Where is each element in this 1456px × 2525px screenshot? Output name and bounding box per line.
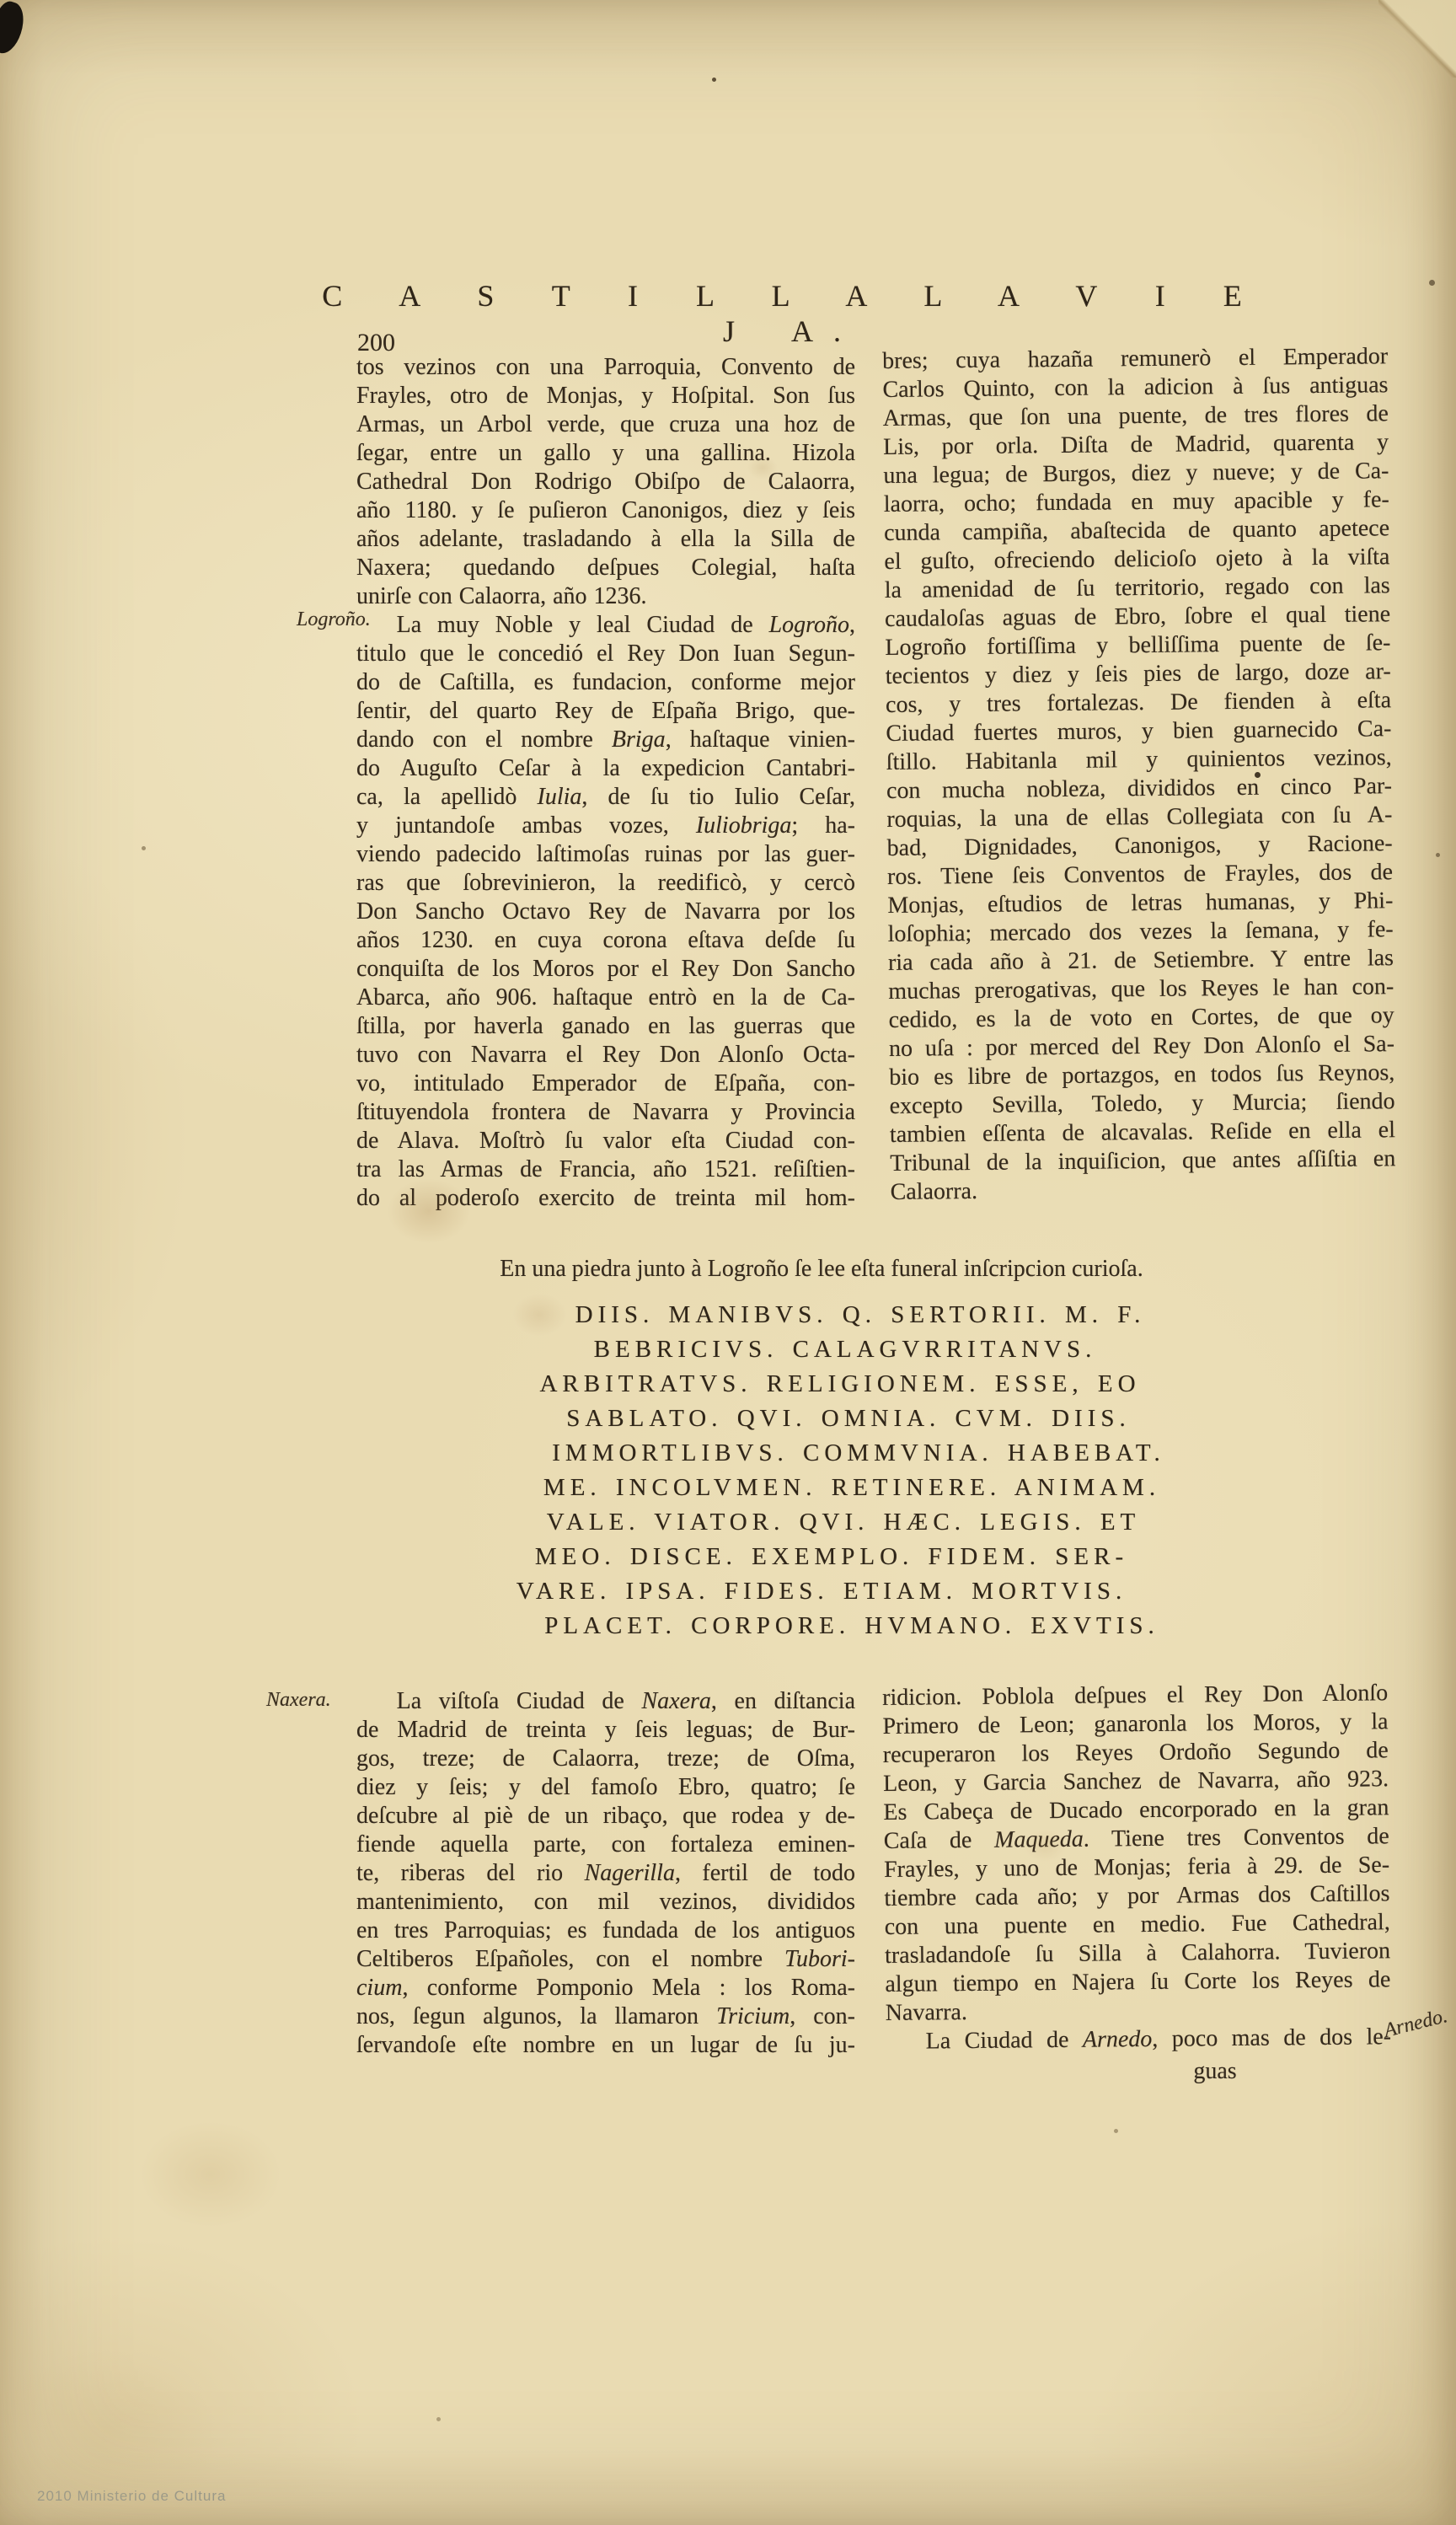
text-segment: PLACET. CORPORE. HVMANO. EXVTIS. [544,1612,1159,1639]
text-line: loſophia; mercado dos vezes la ſemana, y… [888,915,1394,949]
text-line: y juntandoſe ambas vozes, Iuliobriga; ha… [356,812,855,840]
text-line: ria cada año à 21. de Setiembre. Y entre… [888,944,1394,978]
text-segment: do al poderoſo exercito de treinta mil h… [356,1185,855,1211]
text-segment: La muy Noble y leal Ciudad de [397,612,769,638]
text-line: tiembre cada año; y por Armas dos Caſtil… [884,1879,1389,1913]
text-segment: ME. INCOLVMEN. RETINERE. ANIMAM. [543,1474,1160,1501]
italic-text: Briga [612,726,666,753]
text-line: ras que ſobrevinieron, la reedificò, y c… [356,869,855,898]
text-segment: mantenimiento, con mil vezinos, dividido… [356,1889,855,1915]
text-segment: viendo padecido laſtimoſas ruinas por la… [356,841,855,867]
text-segment: excepto Sevilla, Toledo, y Murcia; ſiend… [889,1088,1394,1119]
text-segment: SABLATO. QVI. OMNIA. CVM. DIIS. [566,1405,1131,1432]
text-line: Cathedral Don Rodrigo Obiſpo de Calaorra… [356,468,855,496]
latin-funeral-inscription: DIIS. MANIBVS. Q. SERTORII. M. F.BEBRICI… [356,1298,1351,1643]
text-line: ca, la apellidò Iulia, de ſu tio Iulio C… [356,783,855,812]
text-segment: ſervandoſe eſte nombre en un lugar de ſu… [356,2032,855,2058]
text-line: roquias, la una de ellas Collegiata con … [886,801,1392,834]
text-line: Don Sancho Octavo Rey de Navarra por los [356,898,855,926]
text-line: La Ciudad de Arnedo, poco mas de dos le- [886,2023,1391,2056]
text-segment: ſtilla, por haverla ganado en las guerra… [356,1013,855,1039]
text-segment: años 1230. en cuya corona eſtava deſde ſ… [356,927,855,953]
text-line: Tribunal de la inquiſicion, que antes aſ… [890,1145,1395,1178]
text-line: Naxera; quedando deſpues Colegial, haſta [356,554,855,582]
text-segment: Frayles, otro de Monjas, y Hoſpital. Son… [356,383,855,409]
column-left-logrono: tos vezinos con una Parroquia, Convento … [356,353,855,1213]
watermark: 2010 Ministerio de Cultura [37,2488,226,2505]
text-segment: ſtituyendola frontera de Navarra y Provi… [356,1099,855,1125]
text-line: viendo padecido laſtimoſas ruinas por la… [356,840,855,869]
text-line: do Auguſto Ceſar à la expedicion Cantabr… [356,754,855,783]
text-segment: Navarra. [886,1999,967,2026]
text-line: do al poderoſo exercito de treinta mil h… [356,1184,855,1213]
text-line: una legua; de Burgos, diez y nueve; y de… [883,457,1389,491]
italic-text: Tubori- [784,1946,855,1972]
text-segment: Monjas, eſtudios de letras humanas, y Ph… [887,887,1393,919]
text-line: de Alava. Moſtrò ſu valor eſta Ciudad co… [356,1127,855,1155]
text-segment: años adelante, trasladando à ella la Sil… [356,526,855,552]
text-segment: Carlos Quinto, con la adicion à ſus anti… [882,372,1388,403]
italic-text: Iulia [538,784,582,810]
italic-text: Nagerilla [585,1860,675,1886]
text-segment: tiembre cada año; y por Armas dos Caſtil… [884,1880,1389,1911]
text-segment: loſophia; mercado dos vezes la ſemana, y… [888,916,1394,947]
text-line: BEBRICIVS. CALAGVRRITANVS. [348,1332,1342,1367]
text-segment: vo, intitulado Emperador de Eſpaña, con- [356,1070,855,1096]
text-line: do de Caſtilla, es fundacion, conforme m… [356,668,855,697]
text-line: muchas prerogativas, que los Reyes le ha… [888,973,1394,1006]
text-line: algun tiempo en Najera ſu Corte los Reye… [885,1965,1390,1999]
text-line: IMMORTLIBVS. COMMVNIA. HABEBAT. [361,1436,1356,1471]
text-line: VARE. IPSA. FIDES. ETIAM. MORTVIS. [324,1574,1319,1609]
text-segment: ridicion. Poblola deſpues el Rey Don Alo… [882,1680,1388,1711]
text-segment: bres; cuya hazaña remunerò el Emperador [882,343,1388,374]
text-segment: Lis, por orla. Diſta de Madrid, quarenta… [883,429,1389,460]
text-segment: Leon, y Garcia Sanchez de Navarra, año 9… [883,1766,1389,1797]
text-line: Frayles, otro de Monjas, y Hoſpital. Son… [356,382,855,410]
italic-text: Tricium [716,2003,790,2029]
text-segment: de Madrid de treinta y ſeis leguas; de B… [356,1717,855,1743]
text-segment: de Alava. Moſtrò ſu valor eſta Ciudad co… [356,1128,855,1154]
text-segment: Primero de Leon; ganaronla los Moros, y … [882,1708,1388,1740]
text-segment: Calaorra. [890,1178,977,1205]
italic-text: Iuliobriga [696,812,792,839]
column-right-logrono: bres; cuya hazaña remunerò el EmperadorC… [882,342,1396,1207]
text-line: ros. Tiene ſeis Conventos de Frayles, do… [887,858,1393,892]
text-line: fiende aquella parte, con fortaleza emin… [356,1831,855,1859]
text-segment: cedido, es la de voto en Cortes, de que … [889,1002,1394,1033]
text-segment: VALE. VIATOR. QVI. HÆC. LEGIS. ET [547,1509,1141,1536]
text-segment: el guſto, ofreciendo delicioſo ojeto à l… [884,544,1389,575]
text-segment: La viſtoſa Ciudad de [397,1688,642,1714]
text-segment: Ciudad fuertes muros, y bien guarnecido … [886,716,1391,747]
text-segment: , con- [790,2003,855,2029]
text-segment: tuvo con Navarra el Rey Don Alonſo Octa- [356,1042,855,1068]
text-segment: Es Cabeça de Ducado encorporado en la gr… [883,1794,1389,1825]
text-line: titulo que le concedió el Rey Don Iuan S… [356,640,855,668]
text-segment: Celtiberos Eſpañoles, con el nombre [356,1946,784,1972]
text-segment: Tribunal de la inquiſicion, que antes aſ… [890,1145,1395,1177]
text-line: la amenidad de ſu territorio, regado con… [885,571,1390,605]
text-line: Carlos Quinto, con la adicion à ſus anti… [882,371,1388,405]
text-line: ſegar, entre un gallo y una gallina. Hiz… [356,439,855,468]
text-segment: la amenidad de ſu territorio, regado con… [885,572,1390,603]
text-segment: Caſa de [884,1827,995,1854]
text-line: de Madrid de treinta y ſeis leguas; de B… [356,1716,855,1745]
text-segment: ARBITRATVS. RELIGIONEM. ESSE, EO [539,1370,1140,1397]
catchword: guas [1164,2058,1266,2085]
text-segment: no uſa : por merced del Rey Don Alonſo e… [889,1031,1394,1062]
text-line: bres; cuya hazaña remunerò el Emperador [882,342,1388,376]
text-line: DIIS. MANIBVS. Q. SERTORII. M. F. [363,1298,1357,1332]
text-segment: Armas, un Arbol verde, que cruza una hoz… [356,411,855,437]
text-line: tos vezinos con una Parroquia, Convento … [356,353,855,382]
text-segment: , haſtaque vinien- [666,726,855,753]
text-segment: ros. Tiene ſeis Conventos de Frayles, do… [887,859,1393,890]
text-line: dando con el nombre Briga, haſtaque vini… [356,726,855,754]
text-line: MEO. DISCE. EXEMPLO. FIDEM. SER- [335,1540,1329,1574]
text-segment: IMMORTLIBVS. COMMVNIA. HABEBAT. [552,1439,1164,1466]
text-line: con mucha nobleza, divididos en cinco Pa… [886,772,1392,806]
text-segment: ria cada año à 21. de Setiembre. Y entre… [888,945,1394,976]
text-segment: tos vezinos con una Parroquia, Convento … [356,354,855,380]
book-page-scan: C A S T I L L A L A V I E J A. 200 Logro… [0,0,1456,2525]
text-line: cium, conforme Pomponio Mela : los Roma- [356,1974,855,2002]
text-line: bad, Dignidades, Canonigos, y Racione- [887,829,1393,863]
text-line: SABLATO. QVI. OMNIA. CVM. DIIS. [351,1402,1346,1436]
text-line: trasladandoſe ſu Silla à Calahorra. Tuvi… [885,1937,1390,1970]
text-segment: , fertil de todo [675,1860,855,1886]
text-line: excepto Sevilla, Toledo, y Murcia; ſiend… [889,1087,1394,1121]
text-segment: laorra, ocho; fundada en muy apacible y … [884,486,1389,517]
text-line: Armas, un Arbol verde, que cruza una hoz… [356,410,855,439]
text-segment: do Auguſto Ceſar à la expedicion Cantabr… [356,755,855,781]
text-line: Logroño fortiſſima y belliſſima puente d… [885,629,1390,662]
text-segment: Cathedral Don Rodrigo Obiſpo de Calaorra… [356,469,855,495]
text-line: La viſtoſa Ciudad de Naxera, en diſtanci… [356,1687,855,1716]
text-line: Calaorra. [890,1173,1395,1207]
text-line: Caſa de Maqueda. Tiene tres Conventos de [884,1822,1389,1856]
text-line: Navarra. [886,1994,1391,2028]
italic-text: Naxera [641,1688,710,1714]
text-segment: , poco mas de dos le- [1152,2024,1391,2052]
text-segment: tecientos y diez y ſeis pies de largo, d… [886,658,1391,689]
text-segment: , en diſtancia [711,1688,855,1714]
text-line: ſtituyendola frontera de Navarra y Provi… [356,1098,855,1127]
text-line: Frayles, y uno de Monjas; feria à 29. de… [884,1851,1389,1884]
text-line: el guſto, ofreciendo delicioſo ojeto à l… [884,543,1389,576]
text-segment: caudaloſas aguas de Ebro, ſobre el qual … [885,601,1390,632]
text-line: año 1180. y ſe puſieron Canonigos, diez … [356,496,855,525]
text-segment: Armas, que ſon una puente, de tres flore… [883,400,1389,432]
text-segment: tra las Armas de Francia, año 1521. reſi… [356,1156,855,1182]
text-segment: muchas prerogativas, que los Reyes le ha… [888,973,1394,1005]
text-segment: algun tiempo en Najera ſu Corte los Reye… [885,1966,1390,1997]
text-line: cos, y tres fortalezas. De fienden à eſt… [886,686,1391,720]
text-segment: una legua; de Burgos, diez y nueve; y de… [883,458,1389,489]
text-segment: MEO. DISCE. EXEMPLO. FIDEM. SER- [535,1543,1128,1570]
text-line: vo, intitulado Emperador de Eſpaña, con- [356,1070,855,1098]
text-segment: tambien eſſenta de alcavalas. Reſide en … [890,1117,1395,1148]
text-line: años 1230. en cuya corona eſtava deſde ſ… [356,926,855,955]
column-left-naxera: La viſtoſa Ciudad de Naxera, en diſtanci… [356,1687,855,2060]
text-segment: y juntandoſe ambas vozes, [356,812,696,839]
text-line: ſtilla, por haverla ganado en las guerra… [356,1012,855,1041]
text-segment: Don Sancho Octavo Rey de Navarra por los [356,898,855,925]
margin-note-naxera: Naxera. [266,1689,331,1712]
text-line: ARBITRATVS. RELIGIONEM. ESSE, EO [343,1367,1337,1402]
text-line: cedido, es la de voto en Cortes, de que … [889,1001,1394,1035]
text-line: caudaloſas aguas de Ebro, ſobre el qual … [885,600,1390,634]
text-line: ſentir, del quarto Rey de Eſpaña Brigo, … [356,697,855,726]
text-line: Monjas, eſtudios de letras humanas, y Ph… [887,887,1393,920]
text-segment: VARE. IPSA. FIDES. ETIAM. MORTVIS. [517,1578,1127,1605]
text-line: tra las Armas de Francia, año 1521. reſi… [356,1155,855,1184]
text-segment: unirſe con Calaorra, año 1236. [356,583,647,609]
text-segment: , conforme Pomponio Mela : los Roma- [402,1975,855,2001]
text-line: recuperaron los Reyes Ordoño Segundo de [883,1736,1389,1770]
text-segment: BEBRICIVS. CALAGVRRITANVS. [594,1336,1097,1363]
text-line: Leon, y Garcia Sanchez de Navarra, año 9… [883,1765,1389,1799]
text-segment: Logroño fortiſſima y belliſſima puente d… [885,630,1390,661]
text-line: VALE. VIATOR. QVI. HÆC. LEGIS. ET [346,1505,1341,1540]
text-line: con una puente en medio. Fue Cathedral, [885,1908,1390,1942]
text-line: ſtillo. Habitanla mil y quinientos vezin… [886,743,1392,777]
text-line: Lis, por orla. Diſta de Madrid, quarenta… [883,428,1389,462]
text-segment: ſegar, entre un gallo y una gallina. Hiz… [356,440,855,466]
text-segment: con mucha nobleza, divididos en cinco Pa… [886,773,1392,804]
text-segment: ras que ſobrevinieron, la reedificò, y c… [356,870,855,896]
text-segment: te, riberas del rio [356,1860,585,1886]
text-segment: conquiſta de los Moros por el Rey Don Sa… [356,956,855,982]
italic-text: Arnedo [1083,2026,1153,2053]
text-segment: con una puente en medio. Fue Cathedral, [885,1909,1390,1940]
text-line: Abarca, año 906. haſtaque entrò en la de… [356,984,855,1012]
text-segment: Naxera; quedando deſpues Colegial, haſta [356,555,855,581]
text-line: gos, treze; de Calaorra, treze; de Oſma, [356,1745,855,1773]
text-line: La muy Noble y leal Ciudad de Logroño, [356,611,855,640]
text-line: Es Cabeça de Ducado encorporado en la gr… [883,1793,1389,1827]
text-line: nos, ſegun algunos, la llamaron Tricium,… [356,2002,855,2031]
text-line: Ciudad fuertes muros, y bien guarnecido … [886,715,1391,748]
text-segment: dando con el nombre [356,726,612,753]
text-segment: fiende aquella parte, con fortaleza emin… [356,1831,855,1858]
inscription-intro: En una piedra junto à Logroño ſe lee eſt… [362,1256,1281,1283]
text-line: tambien eſſenta de alcavalas. Reſide en … [890,1116,1395,1150]
text-segment: . Tiene tres Conventos de [1084,1823,1389,1852]
text-line: ridicion. Poblola deſpues el Rey Don Alo… [882,1679,1388,1713]
text-line: no uſa : por merced del Rey Don Alonſo e… [889,1030,1394,1064]
text-segment: , [849,612,855,638]
text-segment: recuperaron los Reyes Ordoño Segundo de [883,1737,1389,1768]
text-segment: titulo que le concedió el Rey Don Iuan S… [356,641,855,667]
text-segment: bad, Dignidades, Canonigos, y Racione- [887,830,1393,861]
running-header: C A S T I L L A L A V I E J A. [312,278,1272,349]
text-segment: ca, la apellidò [356,784,538,810]
text-segment: Frayles, y uno de Monjas; feria à 29. de… [884,1852,1389,1883]
text-line: ME. INCOLVMEN. RETINERE. ANIMAM. [355,1471,1349,1505]
text-segment: ; ha- [791,812,855,839]
text-line: tuvo con Navarra el Rey Don Alonſo Octa- [356,1041,855,1070]
text-line: tecientos y diez y ſeis pies de largo, d… [886,657,1391,691]
text-segment: DIIS. MANIBVS. Q. SERTORII. M. F. [575,1301,1146,1328]
column-right-naxera: ridicion. Poblola deſpues el Rey Don Alo… [882,1679,1391,2056]
margin-note-arnedo: Arnedo. [1382,2005,1450,2043]
text-line: años adelante, trasladando à ella la Sil… [356,525,855,554]
italic-text: cium [356,1975,402,2001]
text-segment: cos, y tres fortalezas. De fienden à eſt… [886,687,1391,718]
text-segment: cunda campiña, abaſtecida de quanto apet… [884,515,1389,546]
text-line: unirſe con Calaorra, año 1236. [356,582,855,611]
text-segment: diez y ſeis; y del famoſo Ebro, quatro; … [356,1774,855,1800]
text-segment: gos, treze; de Calaorra, treze; de Oſma, [356,1745,855,1772]
text-line: Celtiberos Eſpañoles, con el nombre Tubo… [356,1945,855,1974]
text-line: Primero de Leon; ganaronla los Moros, y … [882,1707,1388,1741]
text-line: conquiſta de los Moros por el Rey Don Sa… [356,955,855,984]
text-segment: , de ſu tio Iulio Ceſar, [581,784,855,810]
text-line: te, riberas del rio Nagerilla, fertil de… [356,1859,855,1888]
text-segment: roquias, la una de ellas Collegiata con … [886,801,1392,833]
italic-text: Maqueda [994,1826,1084,1853]
text-segment: deſcubre al piè de un ribaço, que rodea … [356,1803,855,1829]
text-line: diez y ſeis; y del famoſo Ebro, quatro; … [356,1773,855,1802]
page-content: C A S T I L L A L A V I E J A. 200 Logro… [0,0,1456,2525]
text-line: en tres Parroquias; es fundada de los an… [356,1917,855,1945]
text-segment: año 1180. y ſe puſieron Canonigos, diez … [356,497,855,523]
text-segment: en tres Parroquias; es fundada de los an… [356,1917,855,1943]
text-line: cunda campiña, abaſtecida de quanto apet… [884,514,1389,548]
text-segment: do de Caſtilla, es fundacion, conforme m… [356,669,855,695]
text-line: mantenimiento, con mil vezinos, dividido… [356,1888,855,1917]
text-segment: ſtillo. Habitanla mil y quinientos vezin… [886,744,1392,775]
text-line: PLACET. CORPORE. HVMANO. EXVTIS. [355,1609,1349,1643]
text-line: ſervandoſe eſte nombre en un lugar de ſu… [356,2031,855,2060]
italic-text: Logroño [769,612,849,638]
text-segment: ſentir, del quarto Rey de Eſpaña Brigo, … [356,698,855,724]
text-segment: La Ciudad de [926,2027,1084,2055]
text-line: Armas, que ſon una puente, de tres flore… [883,399,1389,433]
text-segment: Abarca, año 906. haſtaque entrò en la de… [356,984,855,1011]
text-line: deſcubre al piè de un ribaço, que rodea … [356,1802,855,1831]
text-segment: trasladandoſe ſu Silla à Calahorra. Tuvi… [885,1938,1390,1969]
text-line: bio es libre de portazgos, en todos ſus … [889,1059,1394,1092]
text-line: laorra, ocho; fundada en muy apacible y … [884,485,1389,519]
text-segment: nos, ſegun algunos, la llamaron [356,2003,716,2029]
text-segment: bio es libre de portazgos, en todos ſus … [889,1059,1394,1091]
